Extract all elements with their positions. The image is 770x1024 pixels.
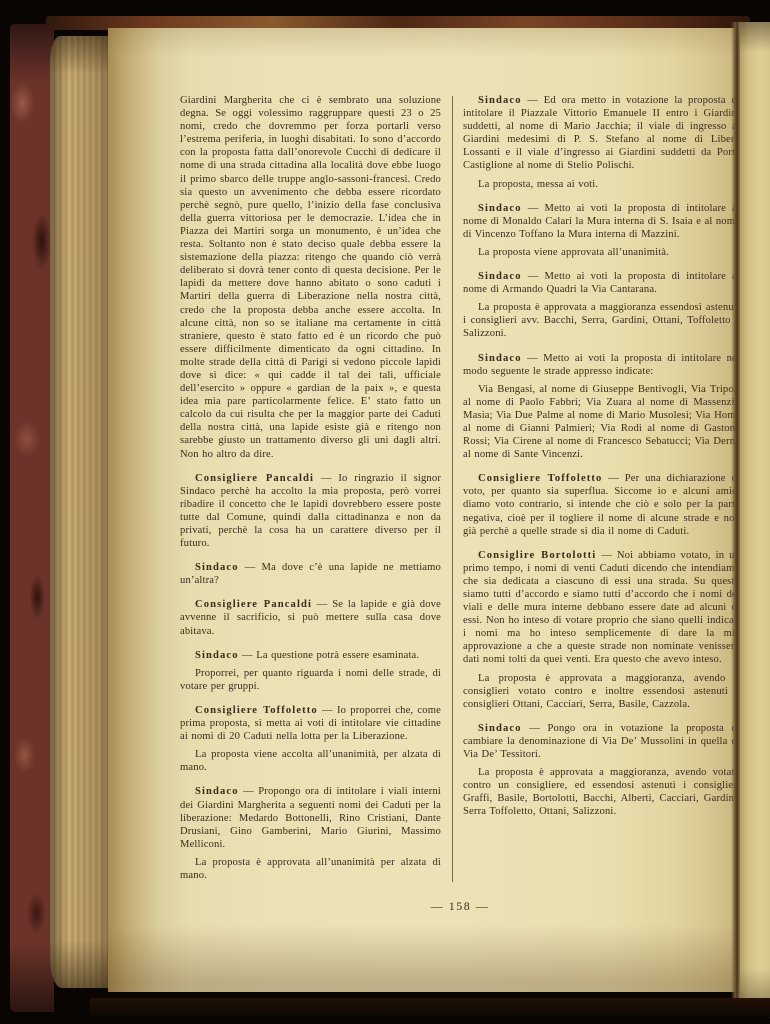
speech-paragraph: Consigliere Pancaldi — Io ringrazio il s… <box>180 472 441 551</box>
speech-paragraph: Consigliere Pancaldi — Se la lapide e gi… <box>180 598 441 637</box>
speaker-name: Sindaco <box>195 650 239 661</box>
book-bottom-shadow <box>90 998 770 1024</box>
speech-paragraph: Sindaco — Propongo ora di intitolare i v… <box>180 785 441 850</box>
page-stack-fore-edge <box>50 36 114 988</box>
speaker-name: Sindaco <box>478 271 522 282</box>
page-number: — 158 — <box>180 899 740 914</box>
facing-page-edge <box>740 22 770 1018</box>
paragraph: Giardini Margherita che ci è sembrato un… <box>180 94 441 461</box>
paragraph: La proposta, messa ai voti. <box>463 178 740 191</box>
book-cover-marbled-edge <box>10 24 54 1012</box>
speech-paragraph: Sindaco — Ma dove c’è una lapide ne mett… <box>180 561 441 587</box>
paragraph: La proposta viene accolta all’unanimità,… <box>180 748 441 774</box>
page-text-block: Giardini Margherita che ci è sembrato un… <box>180 94 740 914</box>
two-column-layout: Giardini Margherita che ci è sembrato un… <box>180 94 740 888</box>
book-page: Giardini Margherita che ci è sembrato un… <box>108 28 738 992</box>
speaker-name: Consiglire Bortolotti <box>478 550 596 561</box>
speaker-name: Sindaco <box>478 203 522 214</box>
speech-paragraph: Sindaco — La questione potrà essere esam… <box>180 649 441 662</box>
speech-paragraph: Sindaco — Ed ora metto in votazione la p… <box>463 94 740 173</box>
text-column-right: Sindaco — Ed ora metto in votazione la p… <box>463 94 740 888</box>
paragraph: La proposta è approvata a maggioranza, a… <box>463 766 740 818</box>
speech-paragraph: Consigliere Toffoletto — Io proporrei ch… <box>180 704 441 743</box>
speaker-name: Consigliere Toffoletto <box>478 473 602 484</box>
speech-paragraph: Sindaco — Metto ai voti la proposta di i… <box>463 270 740 296</box>
paragraph: Proporrei, per quanto riguarda i nomi de… <box>180 667 441 693</box>
speaker-name: Consigliere Toffoletto <box>195 705 318 716</box>
paragraph: La proposta è approvata all’unanimità pe… <box>180 856 441 882</box>
text-column-left: Giardini Margherita che ci è sembrato un… <box>180 94 441 888</box>
speech-paragraph: Sindaco — Pongo ora in votazione la prop… <box>463 722 740 761</box>
speech-paragraph: Consiglire Bortolotti — Noi abbiamo vota… <box>463 549 740 667</box>
paragraph: La proposta è approvata a maggioranza es… <box>463 301 740 340</box>
speech-paragraph: Sindaco — Metto ai voti la proposta di i… <box>463 202 740 241</box>
column-divider <box>452 96 453 882</box>
speech-paragraph: Consigliere Toffoletto — Per una dichiar… <box>463 472 740 537</box>
speaker-name: Sindaco <box>195 786 239 797</box>
speaker-name: Sindaco <box>478 723 522 734</box>
speaker-name: Sindaco <box>195 562 239 573</box>
paragraph: La proposta viene approvata all’unanimit… <box>463 246 740 259</box>
paragraph: La proposta è approvata a maggioranza, a… <box>463 672 740 711</box>
speaker-name: Consigliere Pancaldi <box>195 599 312 610</box>
speaker-name: Consigliere Pancaldi <box>195 473 314 484</box>
speech-paragraph: Sindaco — Metto ai voti la proposta di i… <box>463 352 740 378</box>
paragraph: Via Bengasi, al nome di Giuseppe Bentivo… <box>463 383 740 462</box>
speaker-name: Sindaco <box>478 353 522 364</box>
speaker-name: Sindaco <box>478 95 522 106</box>
